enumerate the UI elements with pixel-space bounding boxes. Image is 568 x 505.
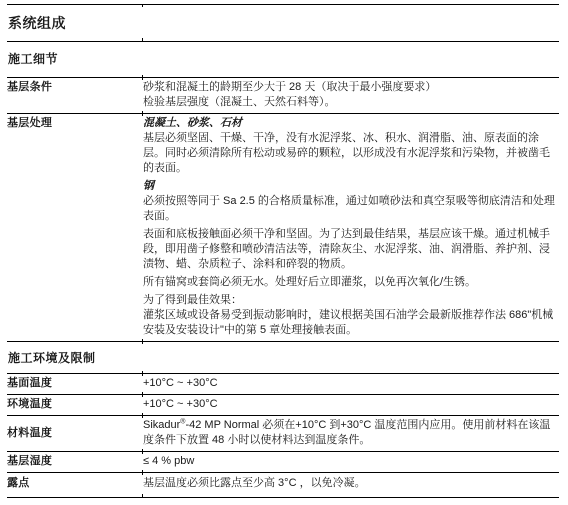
row-content: Sikadur®-42 MP Normal 必须在+10°C 到+30°C 温度… xyxy=(143,418,559,448)
horizontal-rule xyxy=(7,472,559,473)
content-subheading: 混凝土、砂浆、石材 xyxy=(143,116,559,131)
row-label: 基层条件 xyxy=(7,80,143,110)
content-paragraph: +10°C ~ +30°C xyxy=(143,376,559,391)
horizontal-rule xyxy=(7,415,559,416)
table-row-dew-point: 露点 基层温度必须比露点至少高 3°C ，以免冷凝。 xyxy=(7,473,559,497)
content-paragraph: 为了得到最佳效果： 灌浆区域或设备易受到振动影响时，建议根据美国石油学会最新版推… xyxy=(143,293,559,338)
horizontal-rule xyxy=(7,373,559,374)
row-content: 基层温度必须比露点至少高 3°C ，以免冷凝。 xyxy=(143,476,559,491)
horizontal-rule xyxy=(7,451,559,452)
column-tick xyxy=(142,75,143,80)
horizontal-rule xyxy=(7,113,559,114)
content-paragraph: Sikadur®-42 MP Normal 必须在+10°C 到+30°C 温度… xyxy=(143,418,559,448)
row-label: 基层湿度 xyxy=(7,454,143,469)
row-label: 环境温度 xyxy=(7,397,143,412)
column-tick xyxy=(142,392,143,397)
horizontal-rule xyxy=(7,497,559,498)
column-tick xyxy=(142,111,143,116)
column-tick xyxy=(142,449,143,454)
content-paragraph: 基层必须坚固、干燥、干净，没有水泥浮浆、冰、积水、润滑脂、油、原表面的涂层。同时… xyxy=(143,131,559,176)
section-header-environment-limits: 施工环境及限制 xyxy=(7,342,559,373)
column-tick xyxy=(142,339,143,344)
content-paragraph: 所有锚窝或套筒必须无水。处理好后立即灌浆，以免再次氧化/生锈。 xyxy=(143,275,559,290)
horizontal-rule xyxy=(7,4,559,5)
content-subheading: 钢 xyxy=(143,179,559,194)
horizontal-rule xyxy=(7,341,559,342)
horizontal-rule xyxy=(7,394,559,395)
document-title: 系统组成 xyxy=(7,5,559,41)
row-content: ≤ 4 % pbw xyxy=(143,454,559,469)
horizontal-rule xyxy=(7,77,559,78)
table-row-substrate-moisture: 基层湿度 ≤ 4 % pbw xyxy=(7,452,559,472)
table-row-substrate-condition: 基层条件 砂浆和混凝土的龄期至少大于 28 天（取决于最小强度要求） 检验基层强… xyxy=(7,78,559,113)
table-row-ambient-temperature: 环境温度 +10°C ~ +30°C xyxy=(7,395,559,415)
column-tick xyxy=(142,413,143,418)
table-row-substrate-preparation: 基层处理 混凝土、砂浆、石材 基层必须坚固、干燥、干净，没有水泥浮浆、冰、积水、… xyxy=(7,114,559,341)
row-label: 基层处理 xyxy=(7,116,143,338)
row-label: 材料温度 xyxy=(7,426,143,441)
column-tick xyxy=(142,470,143,475)
row-content: 砂浆和混凝土的龄期至少大于 28 天（取决于最小强度要求） 检验基层强度（混凝土… xyxy=(143,80,559,110)
section-header-application-details: 施工细节 xyxy=(7,42,559,77)
content-paragraph: ≤ 4 % pbw xyxy=(143,454,559,469)
column-tick xyxy=(142,494,143,498)
table-row-substrate-temperature: 基面温度 +10°C ~ +30°C xyxy=(7,374,559,394)
row-label: 露点 xyxy=(7,476,143,491)
row-content: 混凝土、砂浆、石材 基层必须坚固、干燥、干净，没有水泥浮浆、冰、积水、润滑脂、油… xyxy=(143,116,559,338)
material-temperature-text: -42 MP Normal 必须在+10°C 到+30°C 温度范围内应用。使用… xyxy=(143,419,550,446)
document-body: 系统组成 施工细节 基层条件 砂浆和混凝土的龄期至少大于 28 天（取决于最小强… xyxy=(0,0,568,498)
row-content: +10°C ~ +30°C xyxy=(143,397,559,412)
datasheet-page: 系统组成 施工细节 基层条件 砂浆和混凝土的龄期至少大于 28 天（取决于最小强… xyxy=(0,0,568,505)
content-paragraph: +10°C ~ +30°C xyxy=(143,397,559,412)
row-label: 基面温度 xyxy=(7,376,143,391)
column-tick xyxy=(142,371,143,376)
horizontal-rule xyxy=(7,41,559,42)
content-paragraph: 基层温度必须比露点至少高 3°C ，以免冷凝。 xyxy=(143,476,559,491)
content-paragraph: 必须按照等同于 Sa 2.5 的合格质量标准，通过如喷砂法和真空泵吸等彻底清洁和… xyxy=(143,194,559,224)
row-content: +10°C ~ +30°C xyxy=(143,376,559,391)
content-paragraph: 表面和底板接触面必须干净和坚固。为了达到最佳结果，基层应该干燥。通过机械手段，即… xyxy=(143,227,559,272)
column-tick xyxy=(142,4,143,7)
column-tick xyxy=(142,38,143,42)
table-row-material-temperature: 材料温度 Sikadur®-42 MP Normal 必须在+10°C 到+30… xyxy=(7,416,559,451)
product-name: Sikadur xyxy=(143,419,180,431)
content-paragraph: 砂浆和混凝土的龄期至少大于 28 天（取决于最小强度要求） 检验基层强度（混凝土… xyxy=(143,80,559,110)
